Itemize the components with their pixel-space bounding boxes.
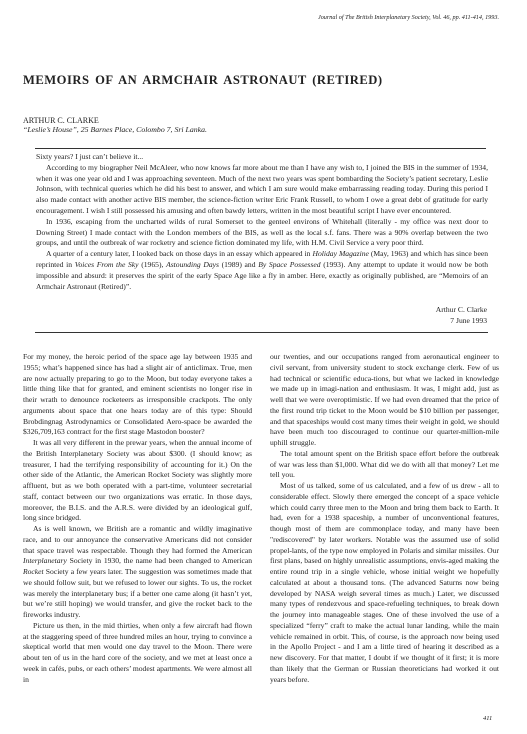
body-paragraph: The total amount spent on the British sp…	[270, 449, 499, 481]
body-paragraph: Picture us then, in the mid thirties, wh…	[23, 621, 252, 686]
emphasis: Interplanetary	[23, 556, 67, 565]
body-paragraph: our twenties, and our occupations ranged…	[270, 352, 499, 449]
author-affiliation: “Leslie’s House”, 25 Barnes Place, Colom…	[23, 125, 207, 134]
body-paragraph: It was all very different in the prewar …	[23, 438, 252, 524]
intro-bottom-rule	[35, 332, 488, 333]
intro-paragraph: In 1936, escaping from the uncharted wil…	[36, 217, 488, 249]
signoff-date: 7 June 1993	[436, 316, 487, 327]
text-run: A quarter of a century later, I looked b…	[46, 249, 312, 258]
body-paragraph: As is well known, we British are a roman…	[23, 524, 252, 621]
signoff: Arthur C. Clarke 7 June 1993	[436, 305, 487, 327]
body-left-column: For my money, the heroic period of the s…	[23, 352, 252, 685]
page-number: 411	[483, 715, 492, 722]
intro-section: Sixty years? I just can’t believe it... …	[36, 152, 488, 292]
body-right-column: our twenties, and our occupations ranged…	[270, 352, 499, 685]
body-paragraph: For my money, the heroic period of the s…	[23, 352, 252, 438]
text-run: Society a few years later. The suggestio…	[23, 567, 252, 619]
text-run: (1965),	[139, 260, 167, 269]
text-run: Society in 1930, the name had been chang…	[67, 556, 252, 565]
text-run: As is well known, we British are a roman…	[23, 524, 252, 555]
intro-top-rule	[35, 148, 486, 149]
signoff-name: Arthur C. Clarke	[436, 305, 487, 316]
book-title: Voices From the Sky	[75, 260, 139, 269]
article-title: MEMOIRS OF AN ARMCHAIR ASTRONAUT (RETIRE…	[23, 73, 383, 88]
emphasis: Rocket	[23, 567, 44, 576]
intro-paragraph: According to my biographer Neil McAleer,…	[36, 163, 488, 217]
book-title: Astounding Days	[166, 260, 219, 269]
intro-paragraph: A quarter of a century later, I looked b…	[36, 249, 488, 292]
intro-paragraph: Sixty years? I just can’t believe it...	[36, 152, 488, 163]
journal-reference: Journal of The British Interplanetary So…	[318, 14, 499, 21]
book-title: Holiday Magazine	[312, 249, 368, 258]
body-paragraph: Most of us talked, some of us calculated…	[270, 481, 499, 685]
author-name: ARTHUR C. CLARKE	[23, 116, 99, 125]
text-run: (1989) and	[219, 260, 258, 269]
book-title: By Space Possessed	[258, 260, 320, 269]
